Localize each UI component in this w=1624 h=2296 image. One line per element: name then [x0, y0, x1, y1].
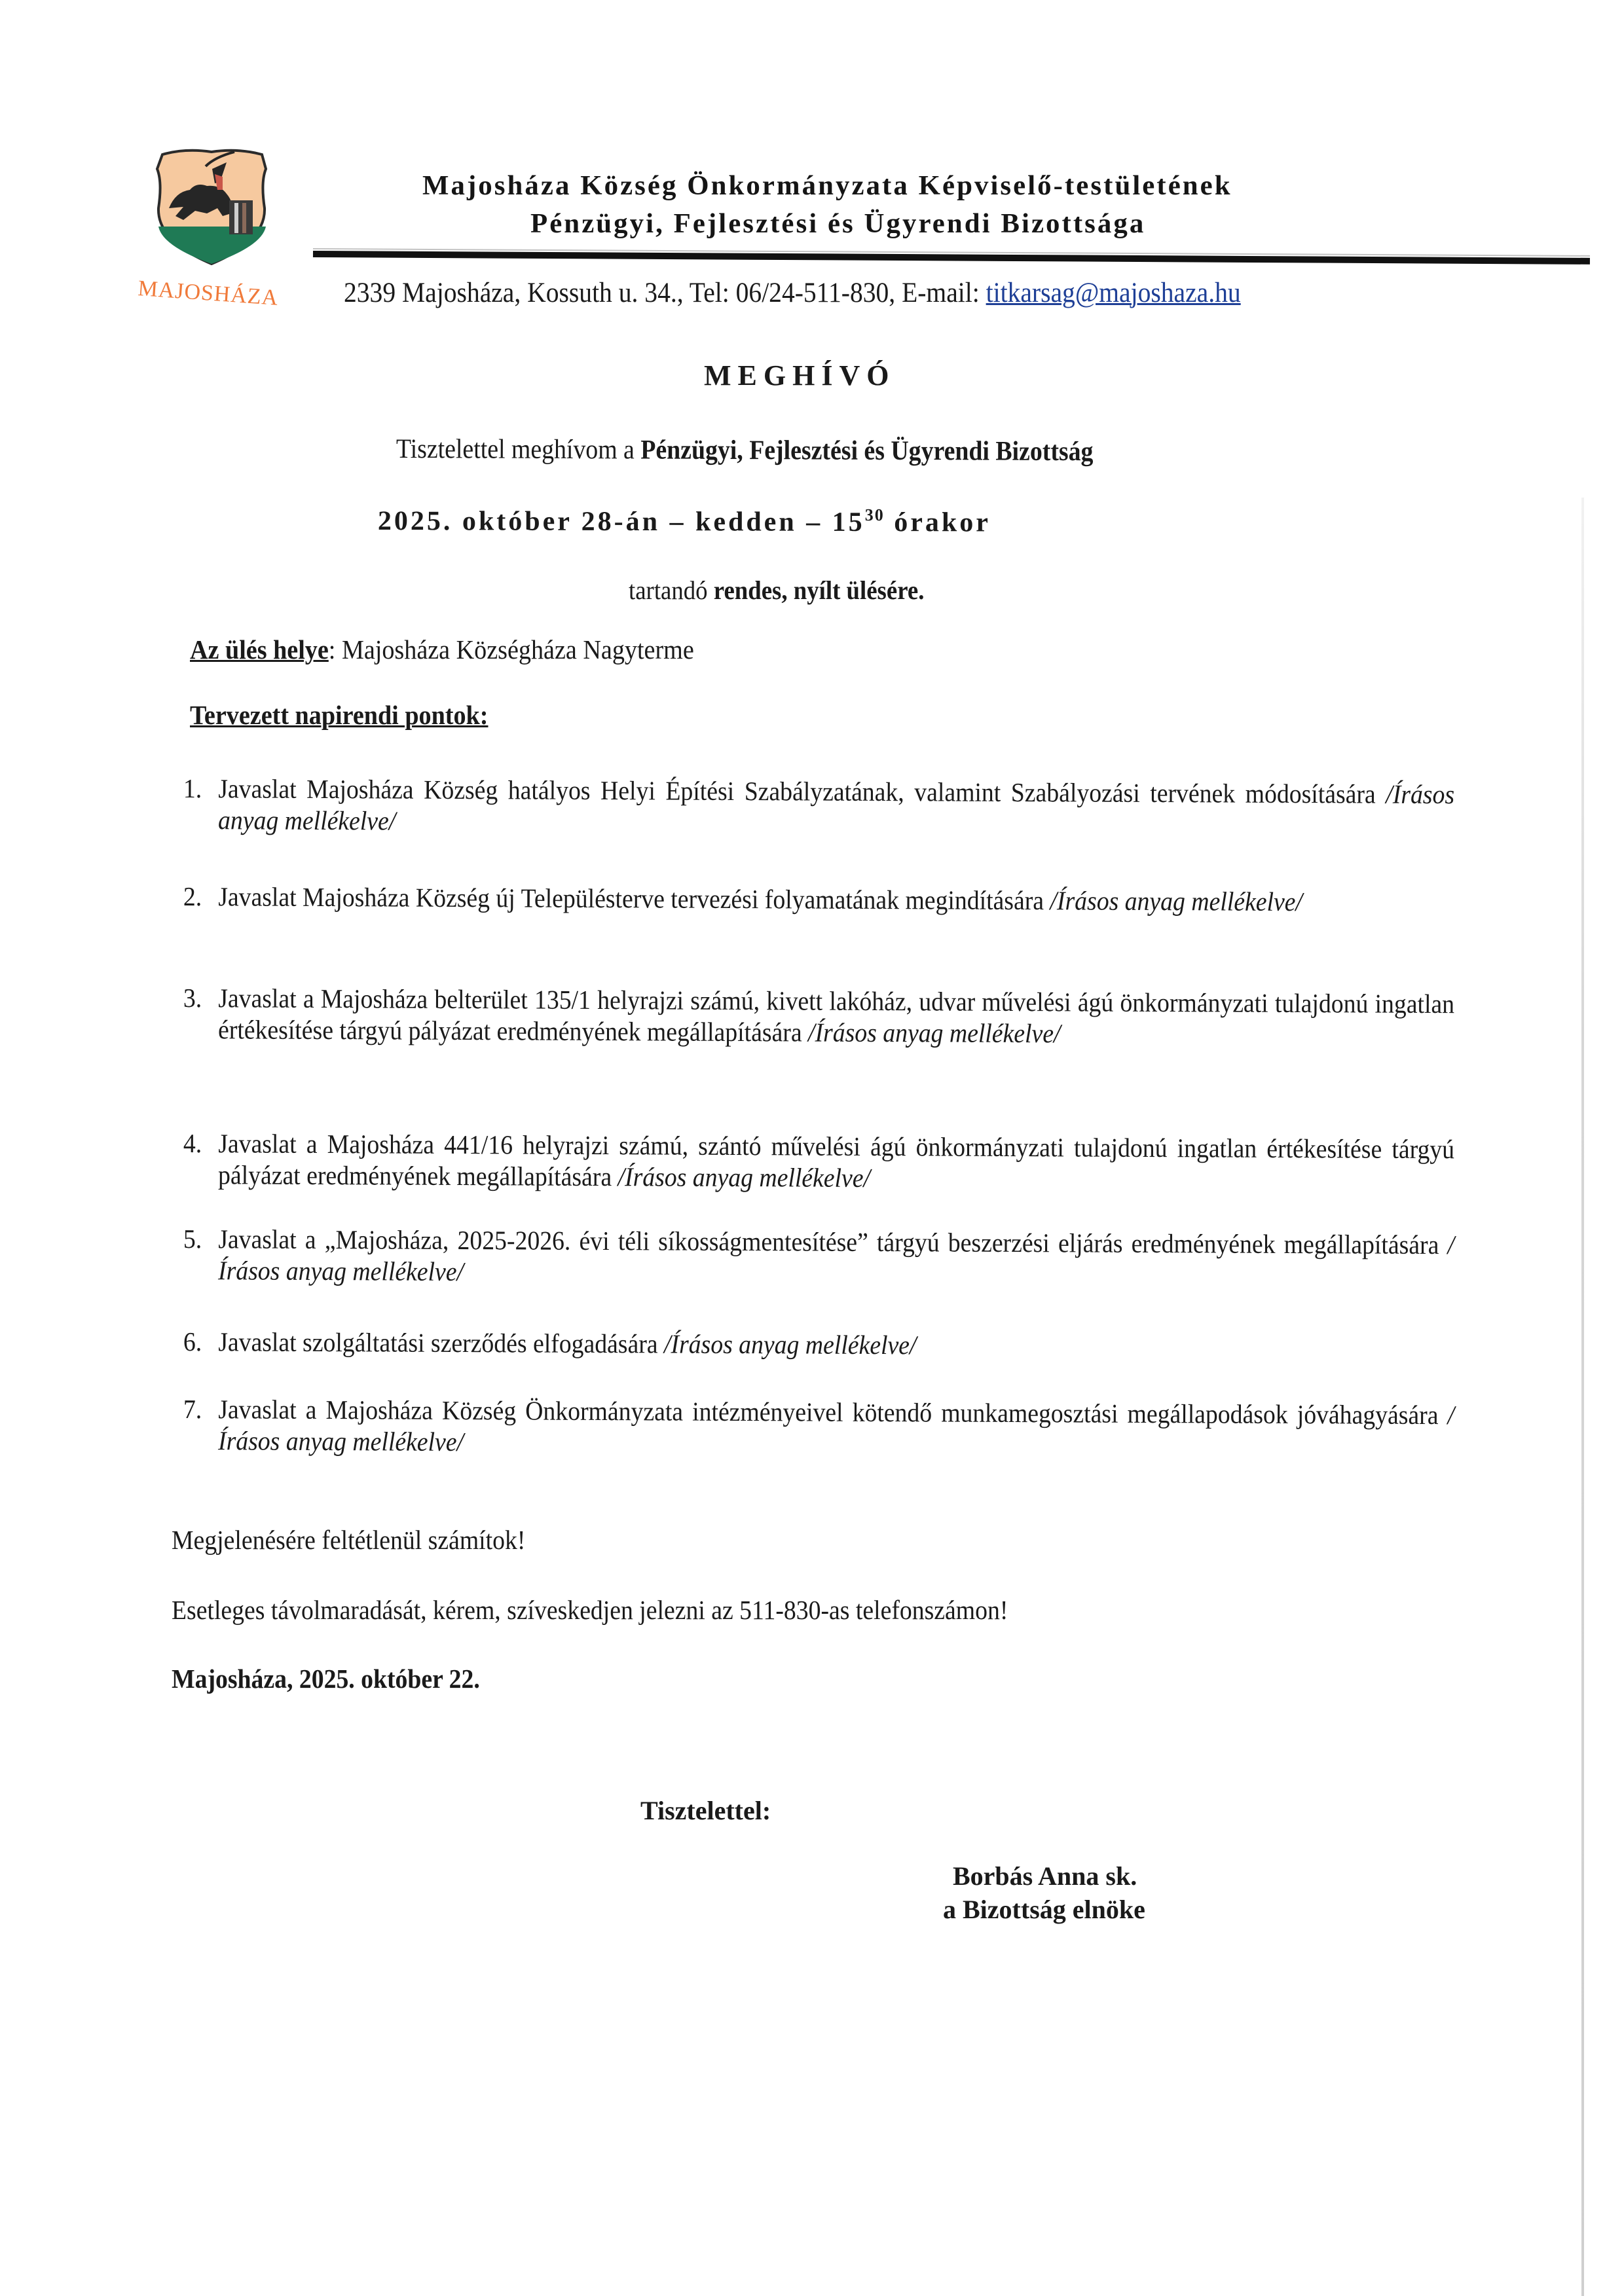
agenda-item-3: 3. Javaslat a Majosháza belterület 135/1… [183, 982, 1455, 1051]
signature-name: Borbás Anna sk. [953, 1861, 1137, 1891]
meeting-place-label: Az ülés helye [190, 634, 329, 665]
meeting-time-suffix: órakor [885, 507, 991, 538]
agenda-item-number: 7. [183, 1393, 202, 1425]
invitation-line: Tisztelettel meghívom a Pénzügyi, Fejles… [396, 433, 1094, 467]
agenda-item-text: Javaslat szolgáltatási szerződés elfogad… [218, 1326, 664, 1358]
attachment-note: /Írásos anyag mellékelve/ [1050, 885, 1302, 917]
contact-line: 2339 Majosháza, Kossuth u. 34., Tel: 06/… [344, 277, 1241, 309]
meeting-place: Az ülés helye: Majosháza Községháza Nagy… [190, 634, 694, 665]
letterhead-line-1: Majosháza Község Önkormányzata Képviselő… [422, 170, 1232, 202]
crest-caption: MAJOSHÁZA [137, 276, 279, 311]
meeting-type-line: tartandó rendes, nyílt ülésére. [629, 575, 924, 606]
invitation-prefix: Tisztelettel meghívom a [396, 434, 641, 465]
meeting-place-value: Majosháza Községháza Nagyterme [342, 634, 694, 665]
agenda-item-6: 6. Javaslat szolgáltatási szerződés elfo… [183, 1326, 1454, 1363]
meeting-place-colon: : [329, 634, 342, 665]
agenda-item-number: 5. [183, 1223, 202, 1254]
contact-address: 2339 Majosháza, Kossuth u. 34., Tel: 06/… [344, 278, 986, 308]
meeting-type: rendes, nyílt ülésére. [714, 575, 925, 605]
attachment-note: /Írásos anyag mellékelve/ [664, 1328, 917, 1360]
agenda-item-number: 6. [183, 1326, 202, 1357]
closing-expectation: Megjelenésére feltétlenül számítok! [172, 1524, 525, 1556]
document-title: MEGHÍVÓ [704, 359, 895, 392]
agenda-item-text: Javaslat a Majosháza Község Önkormányzat… [218, 1394, 1448, 1430]
attachment-note: /Írásos anyag mellékelve/ [618, 1161, 870, 1193]
agenda-item-number: 2. [183, 881, 202, 912]
agenda-item-number: 3. [183, 982, 202, 1013]
letterhead-line-2: Pénzügyi, Fejlesztési és Ügyrendi Bizott… [530, 208, 1145, 240]
email-link[interactable]: titkarsag@majoshaza.hu [986, 278, 1241, 308]
attachment-note: /Írásos anyag mellékelve/ [808, 1017, 1061, 1049]
agenda-item-text: Javaslat Majosháza Község hatályos Helyi… [218, 773, 1386, 809]
agenda-item-1: 1. Javaslat Majosháza Község hatályos He… [183, 773, 1455, 841]
signature-role: a Bizottság elnöke [943, 1894, 1145, 1925]
agenda-item-number: 1. [183, 773, 202, 804]
document-date: Majosháza, 2025. október 22. [172, 1663, 480, 1694]
agenda-item-2: 2. Javaslat Majosháza Község új Települé… [183, 881, 1454, 918]
meeting-date: 2025. október 28-án – kedden – 15 [378, 506, 865, 538]
agenda-item-text: Javaslat Majosháza Község új Településte… [218, 881, 1050, 915]
meeting-held-prefix: tartandó [629, 575, 714, 605]
municipal-crest-icon [149, 143, 274, 267]
committee-name: Pénzügyi, Fejlesztési és Ügyrendi Bizott… [640, 435, 1093, 467]
agenda-item-text: Javaslat a „Majosháza, 2025-2026. évi té… [218, 1224, 1448, 1260]
signature-greeting: Tisztelettel: [640, 1795, 771, 1826]
agenda-item-5: 5. Javaslat a „Majosháza, 2025-2026. évi… [183, 1223, 1455, 1292]
closing-absence-note: Esetleges távolmaradását, kérem, szívesk… [172, 1594, 1008, 1626]
agenda-item-number: 4. [183, 1127, 202, 1159]
agenda-item-7: 7. Javaslat a Majosháza Község Önkormány… [183, 1393, 1455, 1462]
meeting-datetime: 2025. október 28-án – kedden – 1530 órak… [378, 504, 991, 538]
agenda-item-4: 4. Javaslat a Majosháza 441/16 helyrajzi… [183, 1127, 1455, 1196]
scan-edge-line [1581, 498, 1584, 2296]
agenda-heading: Tervezett napirendi pontok: [190, 699, 488, 731]
meeting-minutes: 30 [865, 505, 885, 524]
